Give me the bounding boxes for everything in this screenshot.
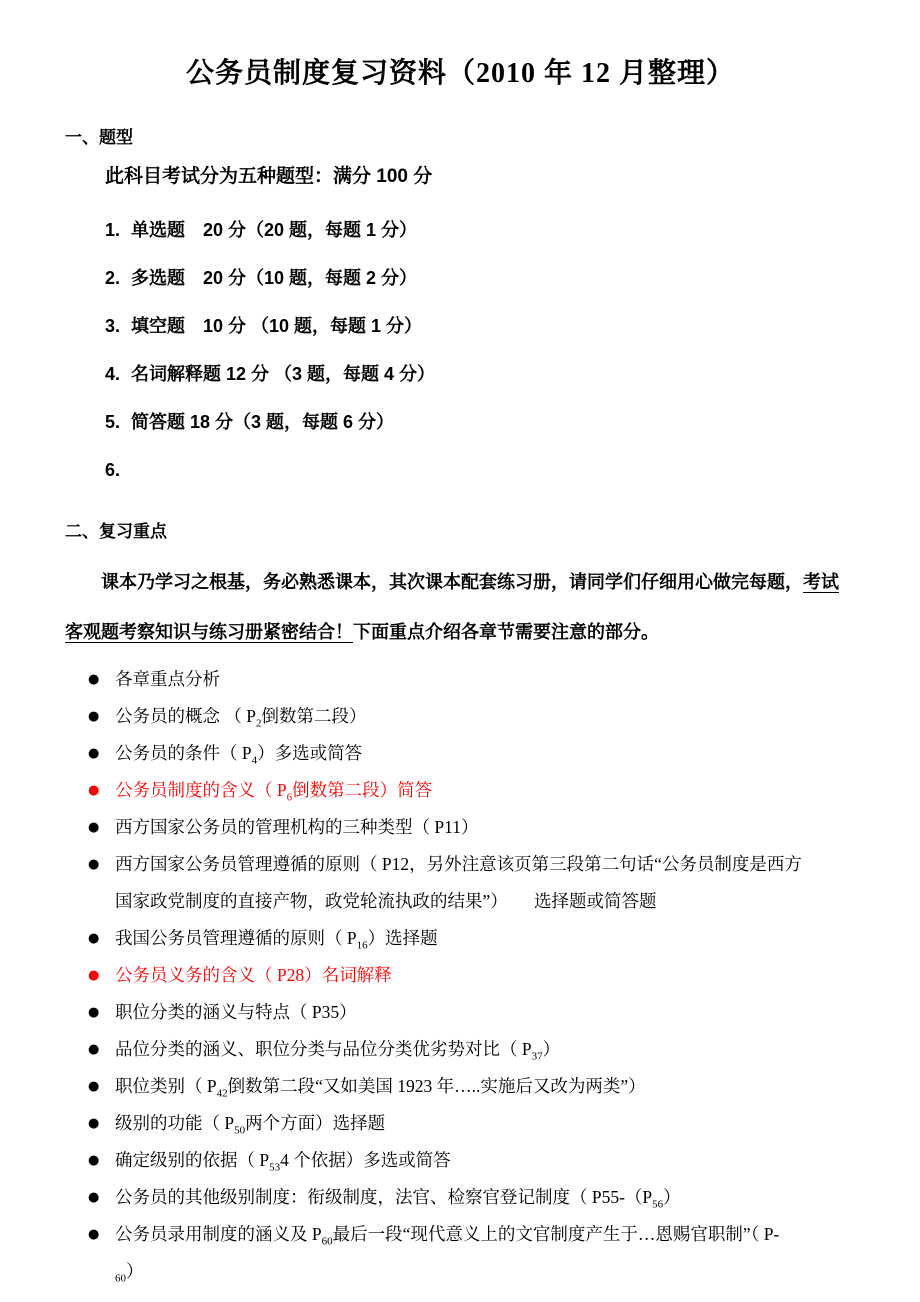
paragraph-text: 下面重点介绍各章节需要注意的部分。 [353,622,659,642]
bullet-icon: ● [88,1068,115,1105]
section1-heading: 一、题型 [65,126,856,149]
bullet-icon: ● [88,809,115,846]
key-point-text: 公务员录用制度的涵义及 P60最后一段“现代意义上的文官制度产生于…恩赐官职制”… [115,1216,856,1290]
bullet-icon: ● [88,957,115,994]
key-point-text: 公务员制度的含义（ P6倒数第二段）简答 [115,772,856,809]
question-type-item: 1.单选题 20 分（20 题，每题 1 分） [65,218,856,266]
item-text: 简答题 18 分（3 题，每题 6 分） [131,410,394,434]
key-point-item: ●确定级别的依据（ P534 个依据）多选或简答 [65,1142,856,1179]
bullet-icon: ● [88,1179,115,1216]
item-number: 5. [105,410,131,434]
bullet-icon: ● [88,1105,115,1142]
item-text: 名词解释题 12 分 （3 题，每题 4 分） [131,362,435,386]
key-point-text: 级别的功能（ P50两个方面）选择题 [115,1105,856,1142]
key-point-item: ●各章重点分析 [65,661,856,698]
key-point-item: ●级别的功能（ P50两个方面）选择题 [65,1105,856,1142]
key-point-text: 品位分类的涵义、职位分类与品位分类优劣势对比（ P37） [115,1031,856,1068]
key-point-item: ●品位分类的涵义、职位分类与品位分类优劣势对比（ P37） [65,1031,856,1068]
key-point-item: ●职位分类的涵义与特点（ P35） [65,994,856,1031]
paragraph-text: 课本乃学习之根基，务必熟悉课本，其次课本配套练习册，请同学们仔细用心做完每题， [101,572,803,592]
section1-intro: 此科目考试分为五种题型：满分 100 分 [105,164,856,190]
underlined-text: 考试 [803,572,839,592]
question-type-item: 5.简答题 18 分（3 题，每题 6 分） [65,410,856,458]
key-point-item: ●公务员的其他级别制度：衔级制度，法官、检察官登记制度（ P55-（P56） [65,1179,856,1216]
question-type-item: 4.名词解释题 12 分 （3 题，每题 4 分） [65,362,856,410]
bullet-icon: ● [88,735,115,772]
item-number: 6. [105,458,131,482]
key-point-text: 职位类别（ P42倒数第二段“又如美国 1923 年…..实施后又改为两类”） [115,1068,856,1105]
key-point-item: ●公务员义务的含义（ P28）名词解释 [65,957,856,994]
key-point-text: 职位分类的涵义与特点（ P35） [115,994,856,1031]
key-point-text: 公务员的其他级别制度：衔级制度，法官、检察官登记制度（ P55-（P56） [115,1179,856,1216]
question-type-item: 6. [65,458,856,506]
item-text: 多选题 20 分（10 题，每题 2 分） [131,266,417,290]
bullet-icon: ● [88,920,115,957]
bullet-icon: ● [88,698,115,735]
key-point-text: 我国公务员管理遵循的原则（ P16）选择题 [115,920,856,957]
bullet-icon: ● [88,994,115,1031]
bullet-icon: ● [88,661,115,698]
item-text: 单选题 20 分（20 题，每题 1 分） [131,218,417,242]
question-type-list: 1.单选题 20 分（20 题，每题 1 分）2.多选题 20 分（10 题，每… [65,218,856,506]
bullet-icon: ● [88,772,115,809]
key-point-text: 确定级别的依据（ P534 个依据）多选或简答 [115,1142,856,1179]
key-point-text: 西方国家公务员管理遵循的原则（ P12，另外注意该页第三段第二句话“公务员制度是… [115,846,856,920]
page-title: 公务员制度复习资料（2010 年 12 月整理） [65,56,856,92]
key-point-item: ●西方国家公务员的管理机构的三种类型（ P11） [65,809,856,846]
key-point-text: 西方国家公务员的管理机构的三种类型（ P11） [115,809,856,846]
key-points-list: ●各章重点分析●公务员的概念 （ P2倒数第二段）●公务员的条件（ P4）多选或… [65,661,856,1290]
key-point-item: ●公务员制度的含义（ P6倒数第二段）简答 [65,772,856,809]
question-type-item: 3.填空题 10 分 （10 题，每题 1 分） [65,314,856,362]
underlined-text: 客观题考察知识与练习册紧密结合！ [65,622,353,642]
key-point-text: 公务员义务的含义（ P28）名词解释 [115,957,856,994]
key-point-text: 公务员的概念 （ P2倒数第二段） [115,698,856,735]
bullet-icon: ● [88,1142,115,1179]
item-number: 3. [105,314,131,338]
section2-heading: 二、复习重点 [65,520,856,543]
key-point-text: 各章重点分析 [115,661,856,698]
item-text: 填空题 10 分 （10 题，每题 1 分） [131,314,422,338]
document-page: 公务员制度复习资料（2010 年 12 月整理） 一、题型 此科目考试分为五种题… [0,0,920,1290]
key-point-text: 公务员的条件（ P4）多选或简答 [115,735,856,772]
item-number: 4. [105,362,131,386]
bullet-icon: ● [88,846,115,883]
item-number: 1. [105,218,131,242]
key-point-item: ●公务员录用制度的涵义及 P60最后一段“现代意义上的文官制度产生于…恩赐官职制… [65,1216,856,1290]
item-number: 2. [105,266,131,290]
bullet-icon: ● [88,1031,115,1068]
key-point-item: ●西方国家公务员管理遵循的原则（ P12，另外注意该页第三段第二句话“公务员制度… [65,846,856,920]
key-point-item: ●公务员的条件（ P4）多选或简答 [65,735,856,772]
key-point-item: ●我国公务员管理遵循的原则（ P16）选择题 [65,920,856,957]
bullet-icon: ● [88,1216,115,1253]
key-point-item: ●职位类别（ P42倒数第二段“又如美国 1923 年…..实施后又改为两类”） [65,1068,856,1105]
review-intro-paragraph: 课本乃学习之根基，务必熟悉课本，其次课本配套练习册，请同学们仔细用心做完每题，考… [65,557,856,657]
key-point-item: ●公务员的概念 （ P2倒数第二段） [65,698,856,735]
question-type-item: 2.多选题 20 分（10 题，每题 2 分） [65,266,856,314]
